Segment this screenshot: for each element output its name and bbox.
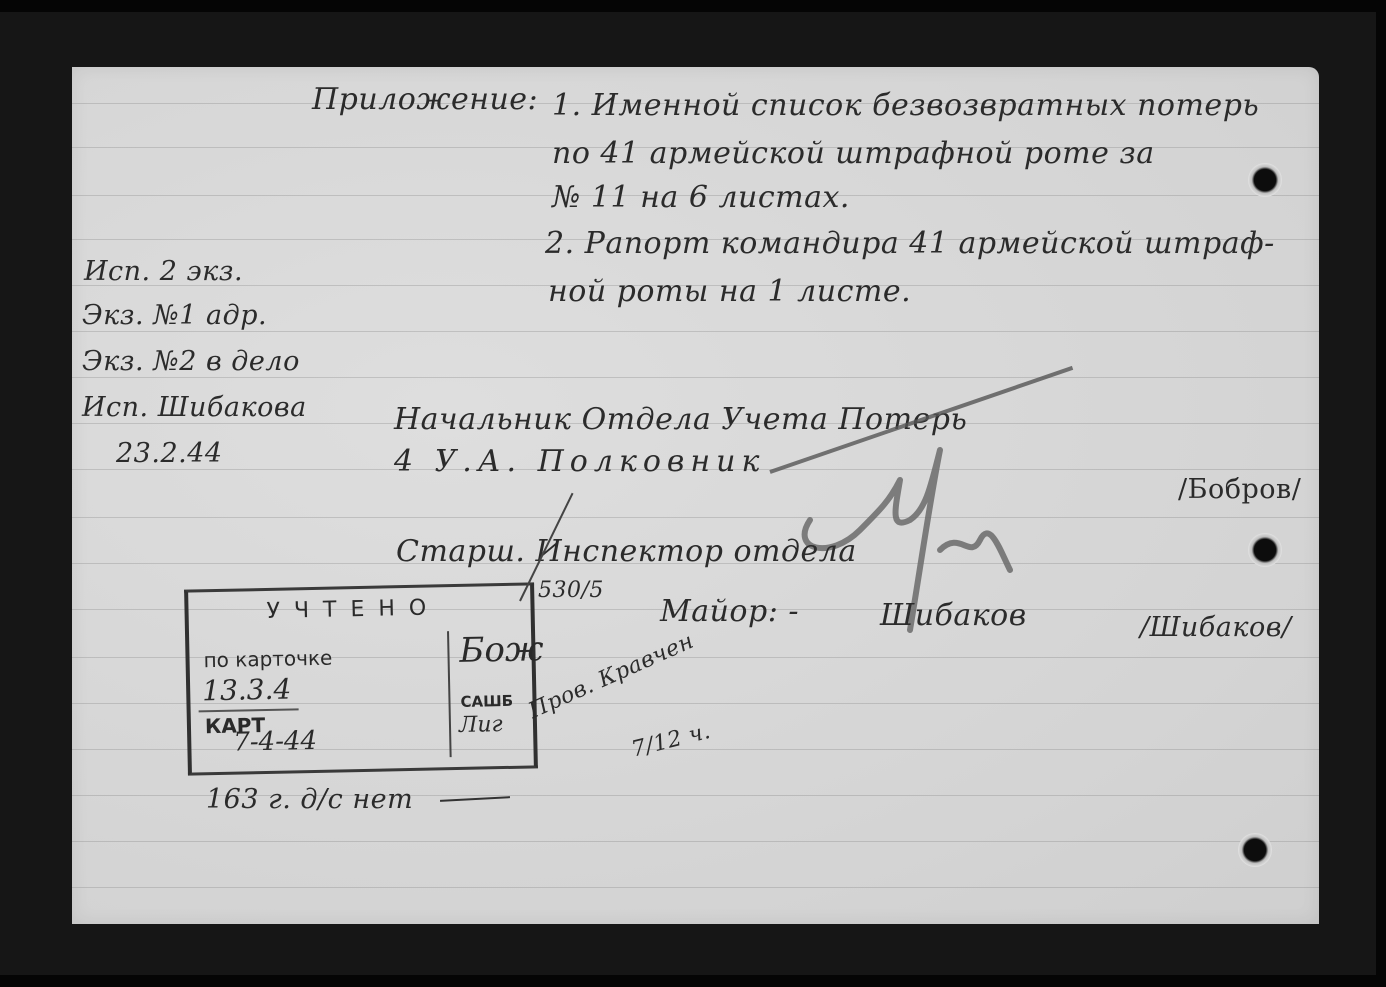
attachment-item-1-line-3: № 11 на 6 листах. [552, 180, 850, 215]
copy-1-note: Экз. №1 адр. [82, 300, 267, 331]
attachment-label: Приложение: [312, 82, 538, 117]
chief-title-line-2: 4 У.А. Полковник [394, 444, 765, 479]
attachment-item-1-line-2: по 41 армейской штрафной роте за [552, 136, 1155, 171]
ruled-line [72, 841, 1319, 842]
stamp-right-label: САШБ [460, 692, 513, 711]
copies-note: Исп. 2 экз. [84, 256, 243, 287]
bottom-annotation: 163 г. д/с нет [206, 784, 413, 815]
document-date: 23.2.44 [116, 438, 223, 469]
attachment-item-2-line-1: 2. Рапорт командира 41 армейской штраф- [545, 226, 1275, 261]
ruled-line [72, 377, 1319, 378]
punch-hole [1248, 533, 1282, 567]
ruled-line [72, 517, 1319, 518]
stamp-date-2: 7-4-44 [233, 726, 317, 758]
ruled-line [72, 331, 1319, 332]
inspector-name: /Шибаков/ [1140, 612, 1292, 643]
executor-note: Исп. Шибакова [82, 392, 307, 423]
scan-border-right [1376, 0, 1386, 987]
inspector-title-line-1: Старш. Инспектор отдела [396, 534, 857, 569]
chief-name: /Бобров/ [1178, 474, 1301, 505]
attachment-item-1-line-1: 1. Именной список безвозвратных потерь [552, 88, 1259, 123]
attachment-item-2-line-2: ной роты на 1 листе. [548, 274, 911, 309]
stamp-card-label: по карточке [203, 646, 332, 673]
registration-stamp: УЧТЕНО по карточке 13.3.4 КАРТ 7-4-44 Бо… [184, 582, 538, 775]
reference-number: 530/5 [538, 578, 604, 603]
scan-border-top [0, 0, 1386, 12]
punch-hole [1248, 163, 1282, 197]
punch-hole [1238, 833, 1272, 867]
inspector-signature: Шибаков [880, 598, 1027, 633]
copy-2-note: Экз. №2 в дело [82, 346, 300, 377]
stamp-signature: Бож [459, 629, 544, 671]
ruled-line [72, 887, 1319, 888]
stamp-title: УЧТЕНО [266, 595, 440, 624]
stamp-date-1: 13.3.4 [202, 672, 292, 707]
stamp-initials: Лиг [459, 712, 503, 738]
stamp-divider [199, 708, 299, 712]
scan-border-bottom [0, 975, 1386, 987]
inspector-title-line-2: Майор: - [660, 594, 799, 629]
